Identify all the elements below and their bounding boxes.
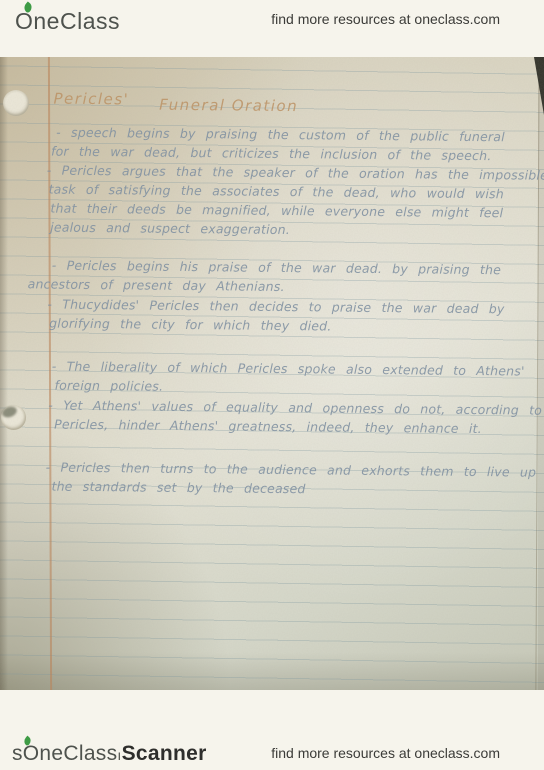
page: OneClass find more resources at oneclass… <box>0 0 544 770</box>
title-part-1: Pericles' <box>53 90 129 109</box>
header-tagline: find more resources at oneclass.com <box>271 11 500 27</box>
handwritten-line: for the war dead, but criticizes the inc… <box>51 144 492 165</box>
handwritten-line: the standards set by the deceased <box>51 479 305 498</box>
handwriting-layer: Pericles'Funeral Oration - speech begins… <box>0 57 544 690</box>
handwritten-line: that their deeds be magnified, while eve… <box>50 201 503 222</box>
handwritten-line: task of satisfying the associates of the… <box>49 182 504 203</box>
handwritten-line: ancestors of present day Athenians. <box>28 276 285 295</box>
header: OneClass find more resources at oneclass… <box>0 0 544 57</box>
handwritten-line: - speech begins by praising the custom o… <box>56 125 505 146</box>
scanner-wordmark: sOneClassıScanner <box>12 742 207 766</box>
handwritten-line: - Pericles argues that the speaker of th… <box>47 162 544 183</box>
notebook-photo: Pericles'Funeral Oration - speech begins… <box>0 57 544 690</box>
handwritten-line: foreign policies. <box>54 378 163 395</box>
handwritten-line: - Thucydides' Pericles then decides to p… <box>47 297 504 318</box>
handwritten-line: glorifying the city for which they died. <box>49 316 331 335</box>
handwritten-line: - Pericles then turns to the audience an… <box>46 460 537 481</box>
scanner-logo-product: Scanner <box>122 742 207 765</box>
oneclass-wordmark: OneClass <box>15 8 120 35</box>
handwritten-line: - Yet Athens' values of equality and ope… <box>48 398 542 419</box>
footer: sOneClassıScanner find more resources at… <box>0 690 544 770</box>
handwritten-title: Pericles'Funeral Oration <box>53 90 298 111</box>
handwritten-line: - The liberality of which Pericles spoke… <box>52 359 525 380</box>
handwritten-line: Pericles, hinder Athens' greatness, inde… <box>54 417 482 437</box>
handwritten-line: jealous and suspect exaggeration. <box>50 220 290 239</box>
handwritten-line: - Pericles begins his praise of the war … <box>52 258 501 279</box>
title-part-2: Funeral Oration <box>159 96 298 115</box>
footer-tagline: find more resources at oneclass.com <box>271 745 500 761</box>
